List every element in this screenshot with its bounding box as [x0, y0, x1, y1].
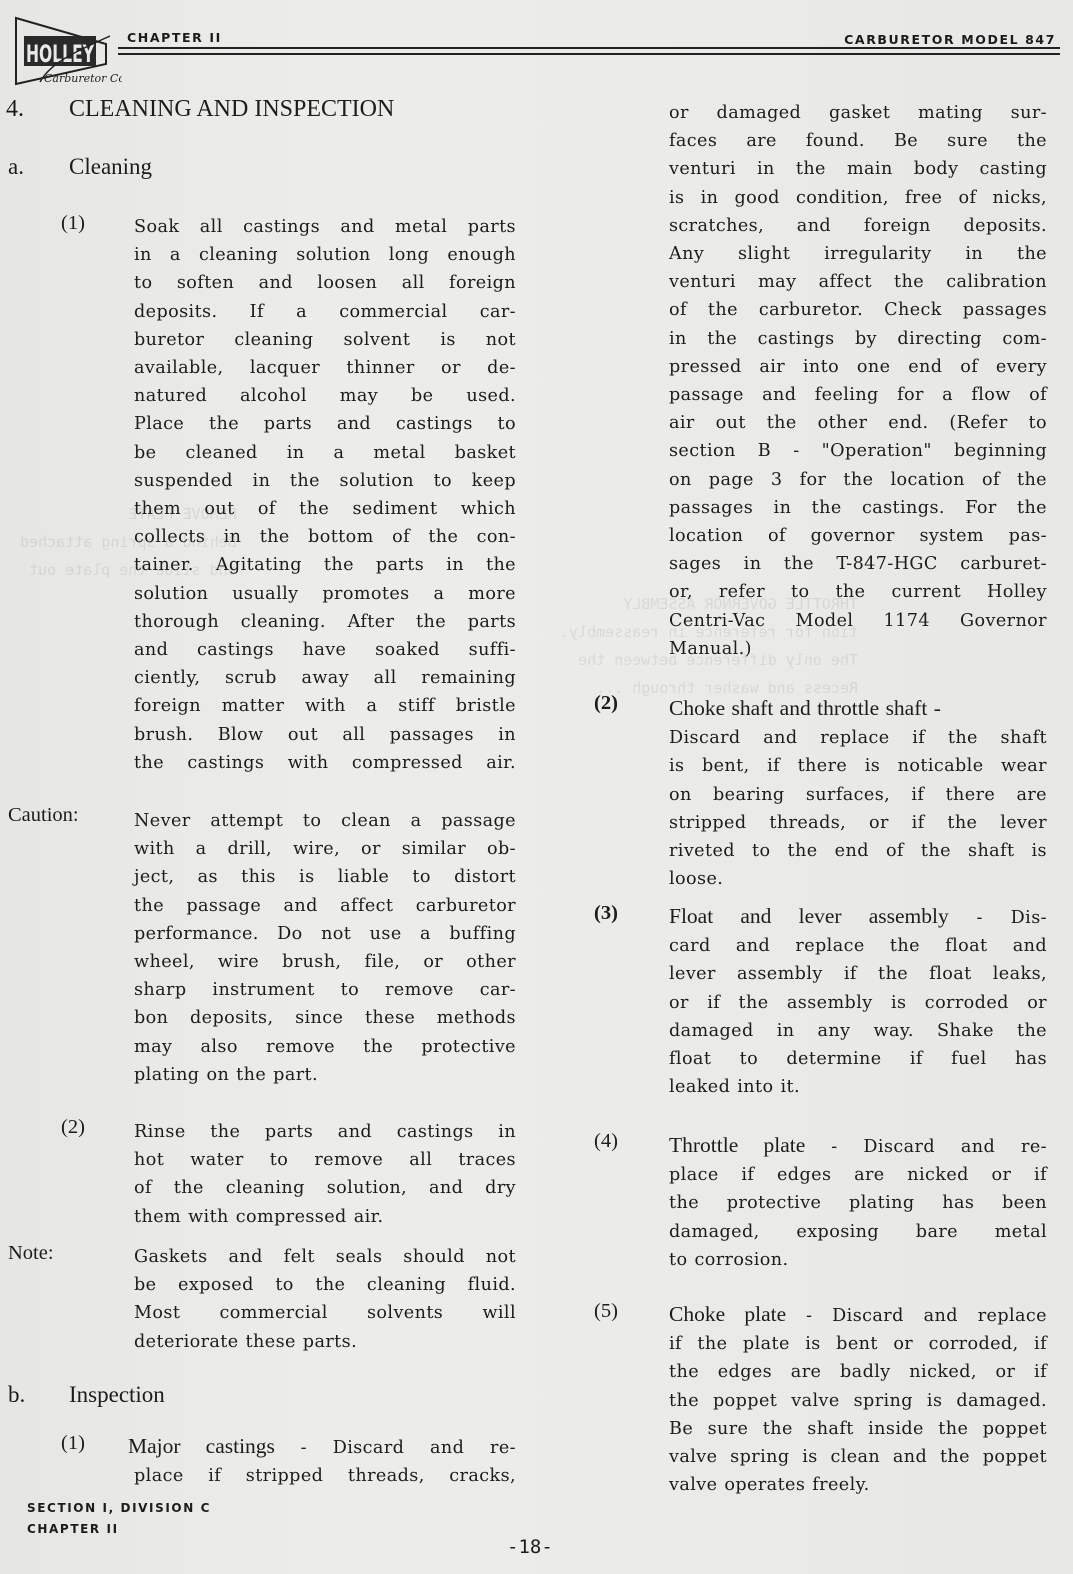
- item-title: Throttle plate: [669, 1133, 805, 1157]
- cleaning-step-1-text: Soak all castings and metal parts in a c…: [134, 213, 516, 777]
- item-title: Choke plate: [669, 1302, 786, 1326]
- header-chapter: CHAPTER II: [127, 30, 222, 45]
- header-model: CARBURETOR MODEL 847: [844, 32, 1056, 47]
- document-page: THROTTLE GOVERNOR ASSEMBLY tion for refe…: [0, 0, 1073, 1574]
- cleaning-step-2-text: Rinse the parts and castings in hot wate…: [134, 1118, 516, 1231]
- caution-label: Caution:: [8, 804, 79, 827]
- item-title: Float and lever assembly: [669, 904, 949, 928]
- section-title: CLEANING AND INSPECTION: [69, 96, 394, 123]
- inspection-step-5-text: Choke plate - Discard and replace if the…: [669, 1300, 1047, 1499]
- header-rule: [118, 53, 1060, 55]
- item-number: (5): [594, 1300, 618, 1323]
- svg-text:HOLLEY: HOLLEY: [26, 40, 94, 68]
- inspection-step-2-text: Choke shaft and throttle shaft - Discard…: [669, 694, 1047, 893]
- item-number: (2): [594, 692, 618, 715]
- header-rule: [118, 47, 1060, 49]
- subsection-title-cleaning: Cleaning: [69, 154, 152, 180]
- item-number: (1): [61, 212, 85, 235]
- inspection-step-3-text: Float and lever assembly - Dis- card and…: [669, 902, 1047, 1101]
- section-number: 4.: [6, 96, 24, 123]
- item-number: (4): [594, 1130, 618, 1153]
- note-text: Gaskets and felt seals should not be exp…: [134, 1243, 516, 1356]
- item-number: (1): [61, 1432, 85, 1455]
- subsection-title-inspection: Inspection: [69, 1382, 165, 1408]
- subsection-letter: b.: [8, 1382, 25, 1408]
- item-number: (2): [61, 1116, 85, 1139]
- page-number: -18-: [507, 1536, 553, 1558]
- holley-logo-icon: HOLLEY Carburetor Co: [10, 14, 122, 86]
- item-number: (3): [594, 902, 618, 925]
- svg-text:Carburetor Co: Carburetor Co: [44, 72, 122, 85]
- item-title: Major castings: [128, 1434, 275, 1458]
- inspection-step-1-text: Major castings - Discard and re- place i…: [128, 1432, 516, 1490]
- footer-chapter: CHAPTER II: [27, 1522, 119, 1536]
- inspection-step-4-text: Throttle plate - Discard and re- place i…: [669, 1131, 1047, 1274]
- note-label: Note:: [8, 1242, 54, 1265]
- subsection-letter: a.: [8, 154, 24, 180]
- inspection-step-1-continued: or damaged gasket mating sur- faces are …: [669, 99, 1047, 663]
- caution-text: Never attempt to clean a passage with a …: [134, 807, 516, 1089]
- footer-section: SECTION I, DIVISION C: [27, 1501, 211, 1515]
- item-title: Choke shaft and throttle shaft -: [669, 696, 941, 720]
